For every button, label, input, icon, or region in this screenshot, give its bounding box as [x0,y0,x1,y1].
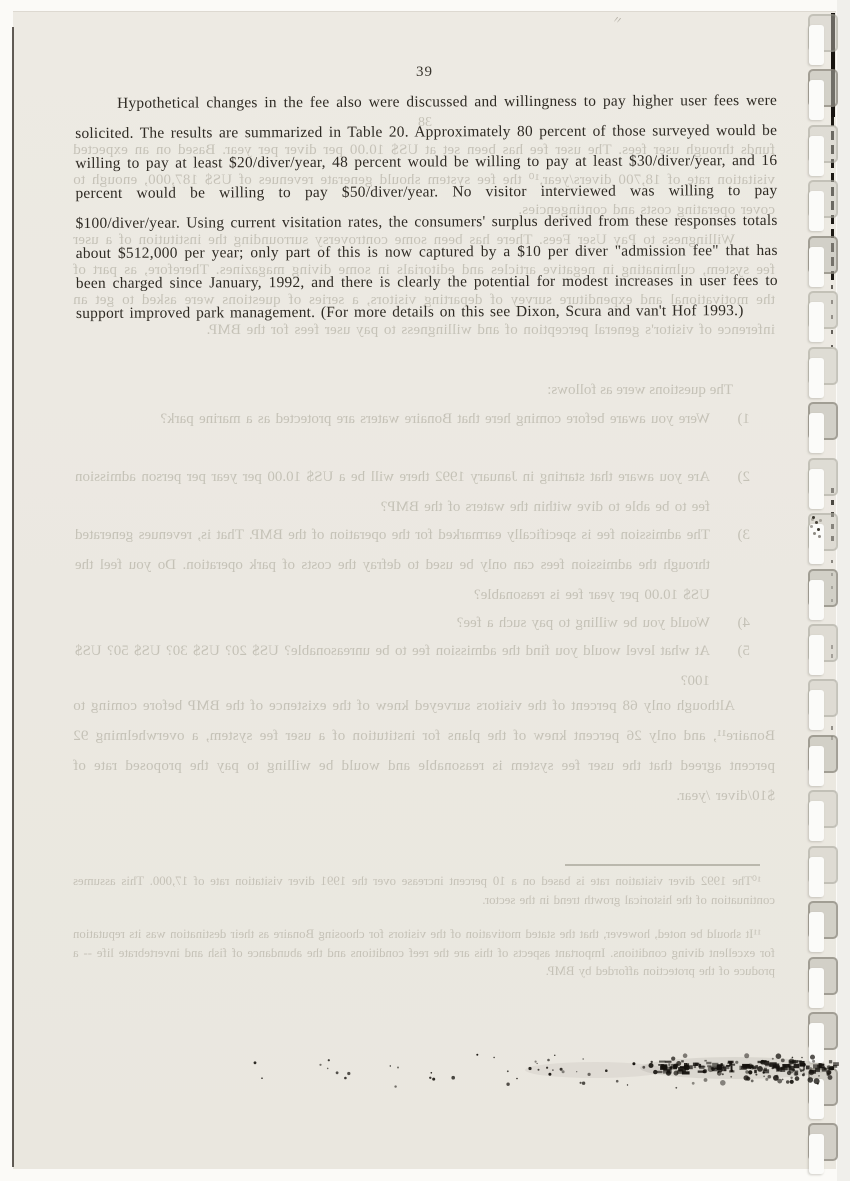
binder-tab-white [809,469,824,509]
binder-tab [792,735,838,789]
binder-tab [792,291,838,345]
binder-tab-white [809,247,824,287]
binder-tabs-column [0,0,850,1181]
binder-tab [792,846,838,900]
binder-tab-white [809,1134,824,1174]
binder-tab-white [809,191,824,231]
binder-tab [792,957,838,1011]
binder-tab-white [809,580,824,620]
binder-tab-white [809,857,824,897]
binder-tab-white [809,968,824,1008]
binder-tab [792,901,838,955]
binder-tab-white [809,80,824,120]
binder-tab [792,236,838,290]
binder-tab-white [809,302,824,342]
binder-tab [792,569,838,623]
scanned-document-page: 38 funds through user fees. The user fee… [0,0,850,1181]
binder-tab [792,125,838,179]
binder-tab-white [809,746,824,786]
binder-tab [792,347,838,401]
binder-tab [792,624,838,678]
binder-tab-white [809,25,824,65]
ink-speck [812,516,815,519]
binder-tab [792,1123,838,1177]
binder-tab [792,69,838,123]
binder-tab-white [809,358,824,398]
ink-blot [812,516,826,540]
binder-tab-white [809,801,824,841]
binder-tab-white [809,136,824,176]
binder-tab-white [809,413,824,453]
binder-tab [792,679,838,733]
binder-tab [792,14,838,68]
toner-noise-band [235,1046,840,1098]
binder-tab [792,180,838,234]
binder-tab [792,790,838,844]
binder-tab [792,402,838,456]
binder-tab [792,458,838,512]
binder-tab-white [809,635,824,675]
binder-tab-white [809,690,824,730]
binder-tab-white [809,912,824,952]
